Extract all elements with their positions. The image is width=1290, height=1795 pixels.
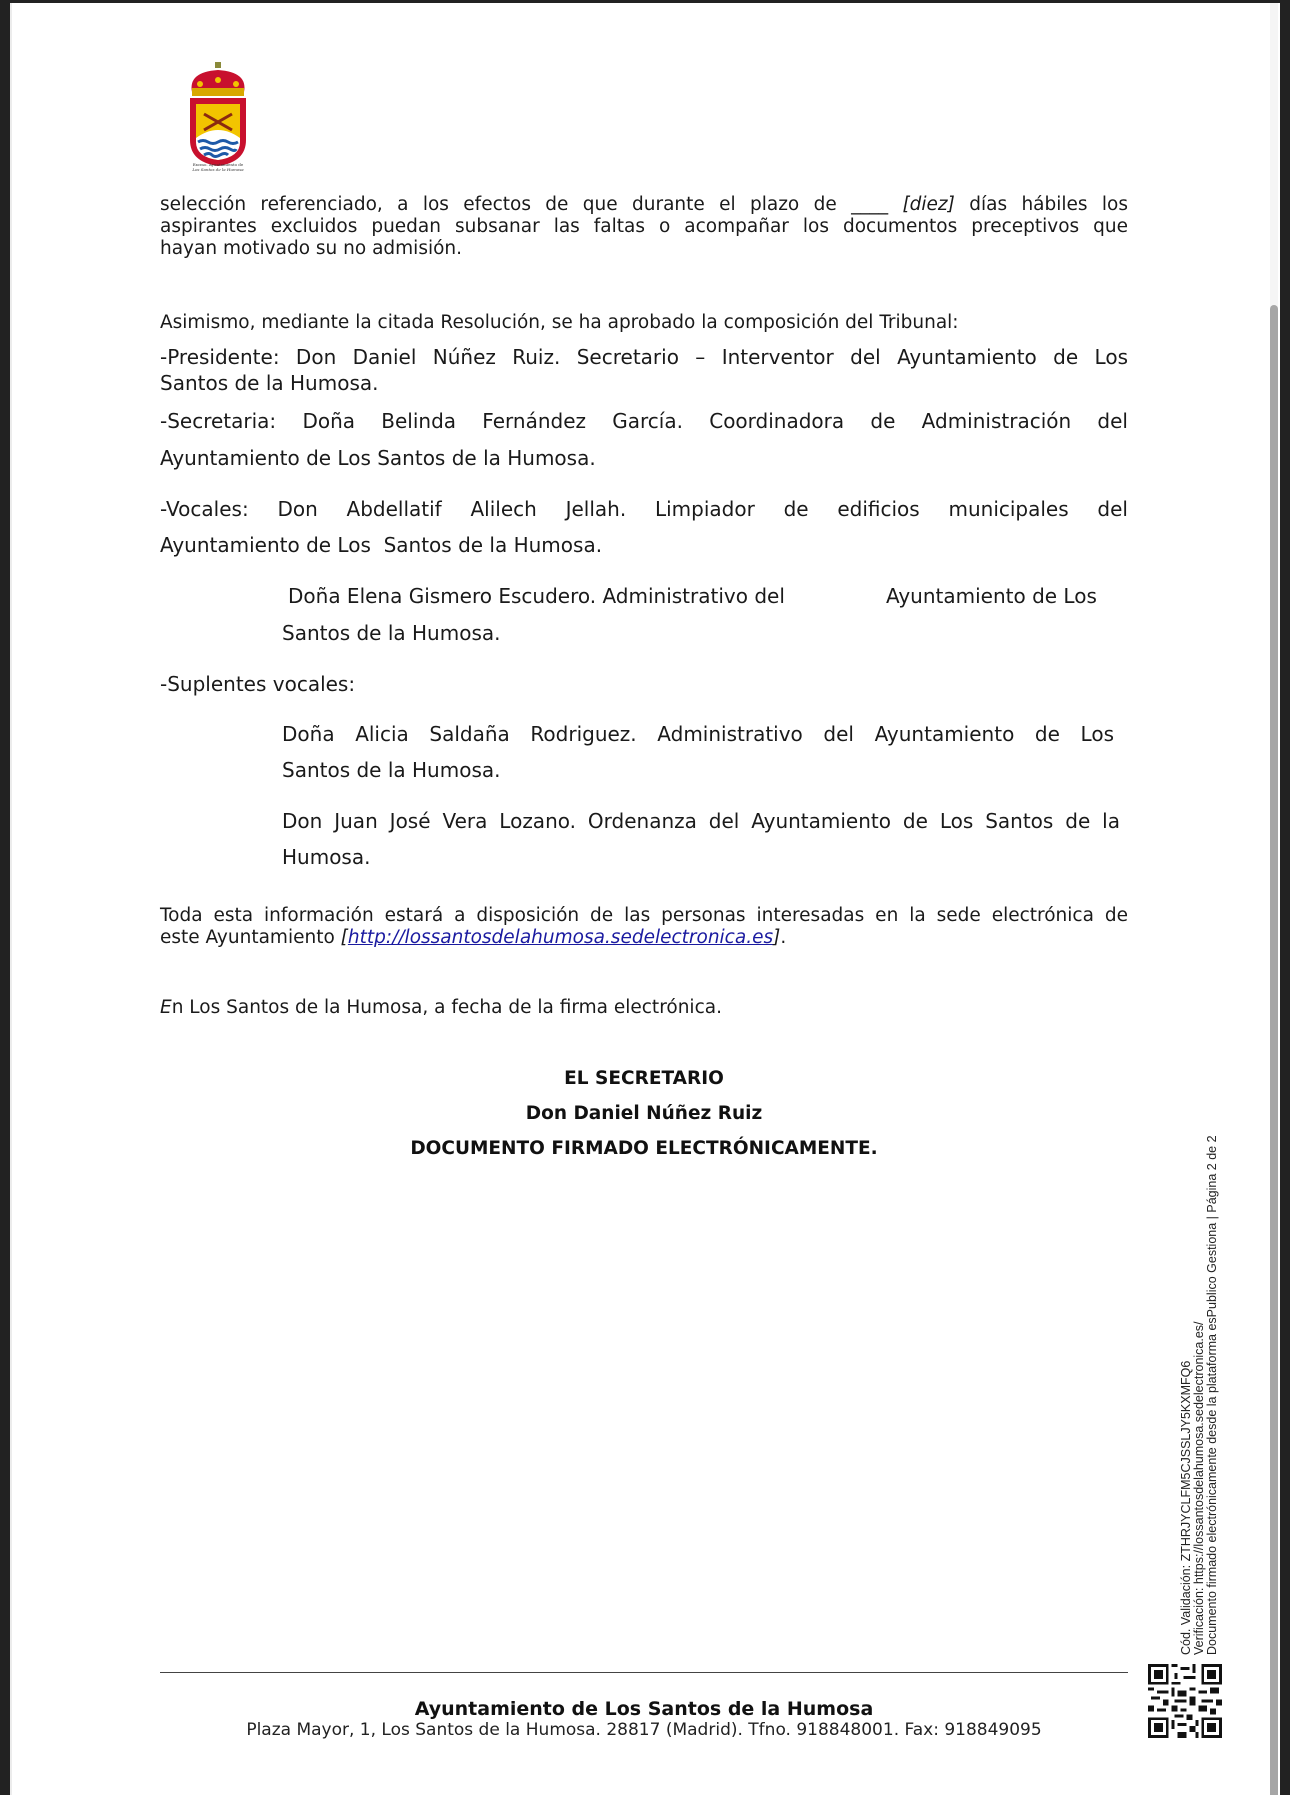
secretaria-line-2: Ayuntamiento de Los Santos de la Humosa. [160,446,596,470]
secretaria-line-1: -Secretaria: Doña Belinda Fernández Garc… [160,409,1128,433]
signer-title: EL SECRETARIO [160,1068,1128,1089]
vocal-member2-line-2: Santos de la Humosa. [282,621,500,645]
text: este Ayuntamiento [160,927,341,948]
text: . [780,927,786,948]
footer-divider [160,1672,1128,1673]
suplente-2-line-1: Don Juan José Vera Lozano. Ordenanza del… [282,809,1120,833]
vocal-member2-line-1a: Doña Elena Gismero Escudero. Administrat… [288,584,785,608]
paragraph-line: hayan motivado su no admisión. [160,238,1128,260]
coat-of-arms-caption: Excmo. Ayuntamiento de Los Santos de la … [176,162,260,172]
suplente-1-line-1: Doña Alicia Saldaña Rodriguez. Administr… [282,722,1114,746]
info-line-2: este Ayuntamiento [http://lossantosdelah… [160,927,1128,949]
scrollbar-thumb[interactable] [1270,305,1278,1795]
text: días hábiles los [955,194,1128,215]
tribunal-intro: Asimismo, mediante la citada Resolución,… [160,310,1128,336]
vocales-line-2: Ayuntamiento de Los Santos de la Humosa. [160,533,602,557]
info-line-1: Toda esta información estará a disposici… [160,905,1128,927]
text: n Los Santos de la Humosa, a fecha de la… [172,997,722,1018]
suplente-2-line-2: Humosa. [282,845,370,869]
footer-address: Plaza Mayor, 1, Los Santos de la Humosa.… [160,1720,1128,1740]
signer-name: Don Daniel Núñez Ruiz [160,1103,1128,1124]
exclusion-paragraph: selección referenciado, a los efectos de… [160,194,1128,260]
text: E [160,997,172,1018]
suplentes-heading: -Suplentes vocales: [160,672,355,696]
paragraph-line: selección referenciado, a los efectos de… [160,194,1128,216]
info-paragraph: Toda esta información estará a disposici… [160,905,1128,949]
text: selección referenciado, a los efectos de… [160,194,902,215]
caption-line-2: Los Santos de la Humosa [176,167,260,172]
deadline-days: [diez] [902,194,954,215]
presidente-line-1: -Presidente: Don Daniel Núñez Ruiz. Secr… [160,345,1128,369]
vocal-member2-line-1b: Ayuntamiento de Los [886,584,1097,608]
suplente-1-line-2: Santos de la Humosa. [282,758,500,782]
signed-by-note: Documento firmado electrónicamente desde… [1206,1115,1219,1655]
sede-electronica-link[interactable]: http://lossantosdelahumosa.sedelectronic… [348,927,773,948]
qr-code-icon[interactable] [1148,1664,1222,1738]
vocales-line-1: -Vocales: Don Abdellatif Alilech Jellah.… [160,497,1128,521]
paragraph-line: aspirantes excluidos puedan subsanar las… [160,216,1128,238]
presidente-line-2: Santos de la Humosa. [160,371,378,395]
bracket: [ [341,927,348,948]
footer-title: Ayuntamiento de Los Santos de la Humosa [160,1698,1128,1720]
signature-note: DOCUMENTO FIRMADO ELECTRÓNICAMENTE. [160,1138,1128,1159]
document-page [10,3,1280,1795]
validation-sidebar: Cód. Validación: ZTHRJYCLFM5CJSSLJY5KXMF… [1180,1115,1219,1655]
place-date: En Los Santos de la Humosa, a fecha de l… [160,997,1128,1019]
